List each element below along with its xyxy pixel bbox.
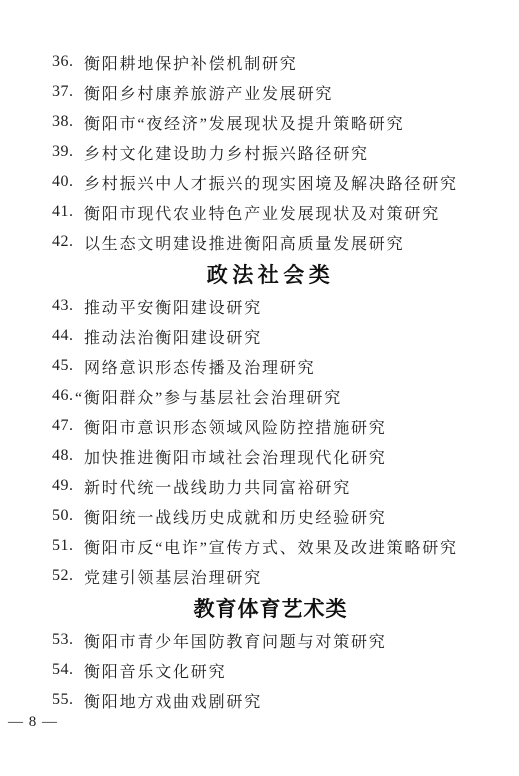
item-number: 49. [52, 477, 84, 495]
item-number: 37. [52, 83, 84, 101]
item-text: 推动平安衡阳建设研究 [84, 295, 262, 318]
item-number: 41. [52, 203, 84, 221]
item-number: 45. [52, 357, 84, 375]
item-text: 衡阳音乐文化研究 [84, 659, 226, 682]
list-item: 52. 党建引领基层治理研究 [0, 561, 519, 591]
list-item: 44. 推动法治衡阳建设研究 [0, 321, 519, 351]
list-item: 51. 衡阳市反“电诈”宣传方式、效果及改进策略研究 [0, 531, 519, 561]
item-number: 36. [52, 53, 84, 71]
list-item: 50. 衡阳统一战线历史成就和历史经验研究 [0, 501, 519, 531]
item-number: 39. [52, 143, 84, 161]
item-number: 42. [52, 233, 84, 251]
item-text: 衡阳统一战线历史成就和历史经验研究 [84, 505, 387, 528]
item-number: 54. [52, 661, 84, 679]
list-item: 39. 乡村文化建设助力乡村振兴路径研究 [0, 137, 519, 167]
item-number: 52. [52, 567, 84, 585]
item-text: 衡阳市现代农业特色产业发展现状及对策研究 [84, 201, 440, 224]
item-text: 以生态文明建设推进衡阳高质量发展研究 [84, 231, 404, 254]
section-header-education-sports-arts: 教育体育艺术类 [0, 591, 519, 625]
list-item: 46. “衡阳群众”参与基层社会治理研究 [0, 381, 519, 411]
list-item: 37. 衡阳乡村康养旅游产业发展研究 [0, 77, 519, 107]
item-text: 党建引领基层治理研究 [84, 565, 262, 588]
page-number: — 8 — [8, 714, 58, 731]
list-item: 49. 新时代统一战线助力共同富裕研究 [0, 471, 519, 501]
list-item: 47. 衡阳市意识形态领域风险防控措施研究 [0, 411, 519, 441]
item-text: 衡阳市意识形态领域风险防控措施研究 [84, 415, 387, 438]
list-item: 48. 加快推进衡阳市域社会治理现代化研究 [0, 441, 519, 471]
list-item: 42. 以生态文明建设推进衡阳高质量发展研究 [0, 227, 519, 257]
item-number: 38. [52, 113, 84, 131]
item-text: 衡阳地方戏曲戏剧研究 [84, 689, 262, 712]
list-item: 38. 衡阳市“夜经济”发展现状及提升策略研究 [0, 107, 519, 137]
item-number: 47. [52, 417, 84, 435]
item-number: 43. [52, 297, 84, 315]
list-item: 45. 网络意识形态传播及治理研究 [0, 351, 519, 381]
section-header-politics-law-society: 政法社会类 [0, 257, 519, 291]
item-text: 乡村文化建设助力乡村振兴路径研究 [84, 141, 369, 164]
list-item: 55. 衡阳地方戏曲戏剧研究 [0, 685, 519, 715]
item-text: 衡阳市“夜经济”发展现状及提升策略研究 [84, 111, 404, 134]
list-item: 41. 衡阳市现代农业特色产业发展现状及对策研究 [0, 197, 519, 227]
item-text: 衡阳市青少年国防教育问题与对策研究 [84, 629, 387, 652]
item-number: 44. [52, 327, 84, 345]
item-text: “衡阳群众”参与基层社会治理研究 [75, 385, 342, 408]
item-text: 衡阳耕地保护补偿机制研究 [84, 51, 298, 74]
list-item: 43. 推动平安衡阳建设研究 [0, 291, 519, 321]
item-number: 53. [52, 631, 84, 649]
list-item: 53. 衡阳市青少年国防教育问题与对策研究 [0, 625, 519, 655]
list-item: 40. 乡村振兴中人才振兴的现实困境及解决路径研究 [0, 167, 519, 197]
item-text: 加快推进衡阳市域社会治理现代化研究 [84, 445, 387, 468]
item-text: 推动法治衡阳建设研究 [84, 325, 262, 348]
item-number: 51. [52, 537, 84, 555]
item-text: 新时代统一战线助力共同富裕研究 [84, 475, 351, 498]
document-page: 36. 衡阳耕地保护补偿机制研究 37. 衡阳乡村康养旅游产业发展研究 38. … [0, 0, 519, 776]
item-number: 50. [52, 507, 84, 525]
topic-list: 36. 衡阳耕地保护补偿机制研究 37. 衡阳乡村康养旅游产业发展研究 38. … [0, 47, 519, 715]
item-number: 48. [52, 447, 84, 465]
item-text: 乡村振兴中人才振兴的现实困境及解决路径研究 [84, 171, 458, 194]
list-item: 36. 衡阳耕地保护补偿机制研究 [0, 47, 519, 77]
item-number: 40. [52, 173, 84, 191]
item-text: 网络意识形态传播及治理研究 [84, 355, 315, 378]
list-item: 54. 衡阳音乐文化研究 [0, 655, 519, 685]
item-number: 55. [52, 691, 84, 709]
item-text: 衡阳市反“电诈”宣传方式、效果及改进策略研究 [84, 535, 458, 558]
item-text: 衡阳乡村康养旅游产业发展研究 [84, 81, 333, 104]
